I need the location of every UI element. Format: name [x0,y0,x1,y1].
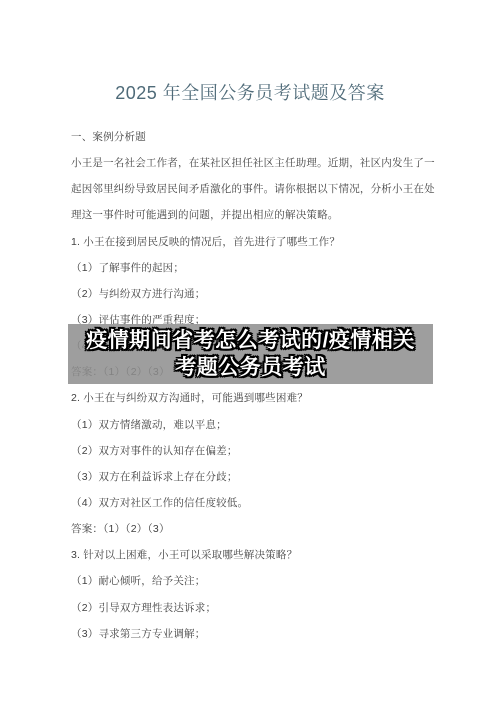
document-line: （2）双方对事件的认知存在偏差； [71,438,439,464]
document-line: （2）引导双方理性表达诉求； [71,595,439,621]
document-line: （1）双方情绪激动，难以平息； [71,412,439,438]
document-line: 小王是一名社会工作者，在某社区担任社区主任助理。近期，社区内发生了一 [71,150,439,176]
document-line: 一、案例分析题 [71,124,439,150]
document-line: （3）寻求第三方专业调解； [71,621,439,647]
document-line: （1）了解事件的起因； [71,255,439,281]
watermark-overlay: 疫情期间省考怎么考试的/疫情相关 考题公务员考试 [68,324,433,384]
document-body: 一、案例分析题小王是一名社会工作者，在某社区担任社区主任助理。近期，社区内发生了… [71,124,439,647]
document-line: （3）双方在利益诉求上存在分歧； [71,464,439,490]
watermark-text-line-1: 疫情期间省考怎么考试的/疫情相关 [86,327,415,354]
document-line: 1. 小王在接到居民反映的情况后，首先进行了哪些工作？ [71,229,439,255]
document-line: 答案：（1）（2）（3） [71,516,439,542]
document-line: 2. 小王在与纠纷双方沟通时，可能遇到哪些困难？ [71,385,439,411]
document-line: （2）与纠纷双方进行沟通； [71,281,439,307]
watermark-text-line-2: 考题公务员考试 [175,354,326,381]
document-line: （1）耐心倾听，给予关注； [71,568,439,594]
document-line: （4）双方对社区工作的信任度较低。 [71,490,439,516]
document-page: 2025 年全国公务员考试题及答案 一、案例分析题小王是一名社会工作者，在某社区… [0,0,500,706]
document-line: 起因邻里纠纷导致居民间矛盾激化的事件。请你根据以下情况，分析小王在处 [71,176,439,202]
page-title: 2025 年全国公务员考试题及答案 [0,83,500,104]
document-line: 理这一事件时可能遇到的问题，并提出相应的解决策略。 [71,202,439,228]
document-line: 3. 针对以上困难，小王可以采取哪些解决策略？ [71,542,439,568]
